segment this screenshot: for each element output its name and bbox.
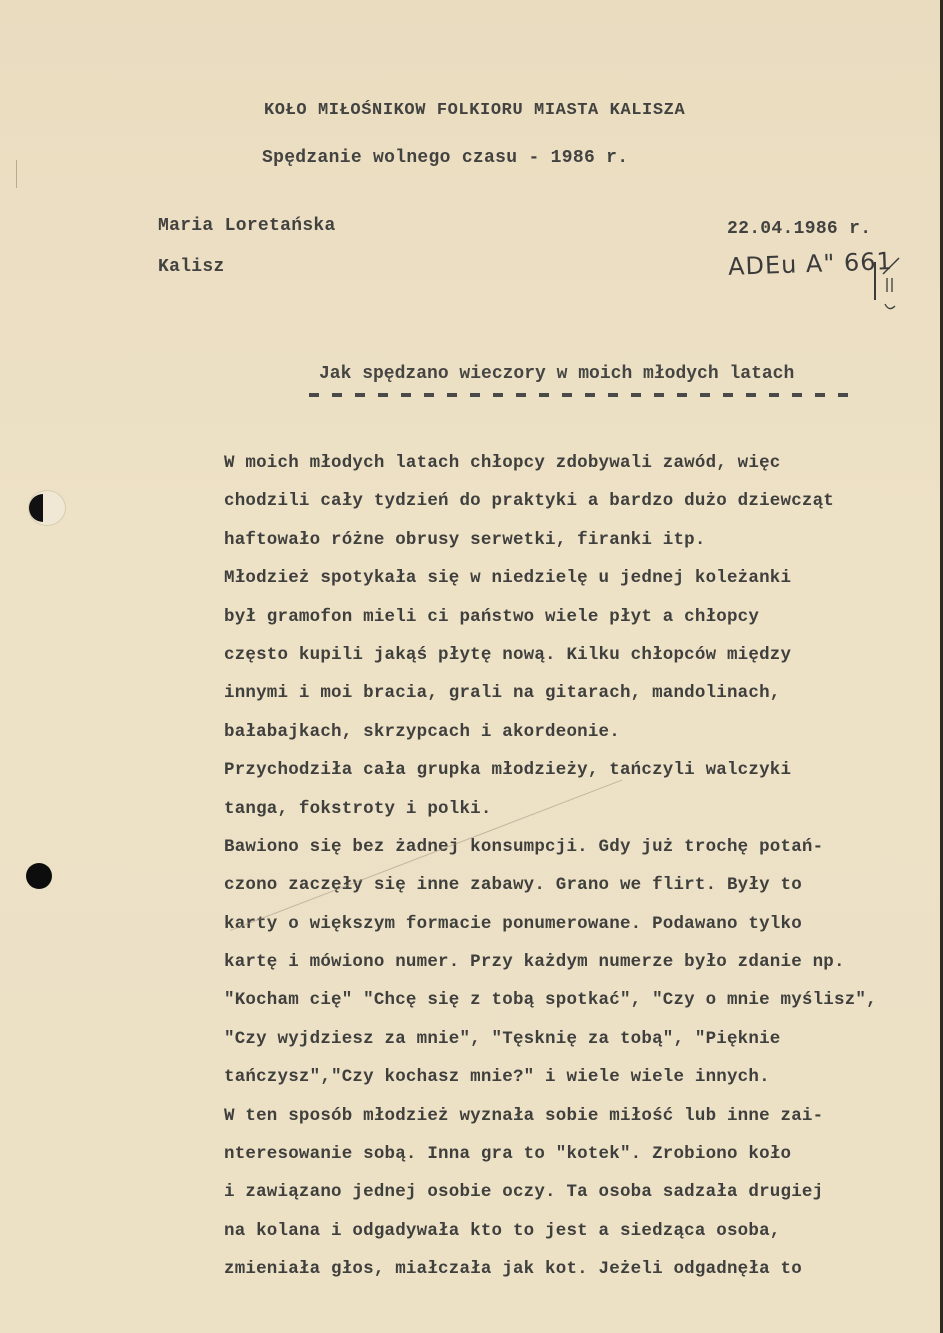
punch-hole-icon bbox=[28, 490, 66, 526]
text-line: haftowało różne obrusy serwetki, firanki… bbox=[224, 526, 877, 564]
text-line: kartę i mówiono numer. Przy każdym numer… bbox=[224, 948, 877, 986]
text-line: na kolana i odgadywała kto to jest a sie… bbox=[224, 1217, 877, 1255]
document-subtitle: Spędzanie wolnego czasu - 1986 r. bbox=[262, 148, 628, 168]
text-line: W ten sposób młodzież wyznała sobie miło… bbox=[224, 1102, 877, 1140]
text-line: bałabajkach, skrzypcach i akordeonie. bbox=[224, 718, 877, 756]
text-line: "Kocham cię" "Chcę się z tobą spotkać", … bbox=[224, 986, 877, 1024]
title-dashed-underline bbox=[309, 393, 857, 397]
text-line: W moich młodych latach chłopcy zdobywali… bbox=[224, 449, 877, 487]
essay-title: Jak spędzano wieczory w moich młodych la… bbox=[319, 364, 794, 384]
text-line: Młodzież spotykała się w niedzielę u jed… bbox=[224, 564, 877, 602]
text-line: karty o większym formacie ponumerowane. … bbox=[224, 910, 877, 948]
author-city: Kalisz bbox=[158, 257, 225, 277]
archive-signature-fraction-icon bbox=[873, 252, 903, 312]
text-line: tańczysz","Czy kochasz mnie?" i wiele wi… bbox=[224, 1063, 877, 1101]
text-line: tanga, fokstroty i polki. bbox=[224, 795, 877, 833]
document-date: 22.04.1986 r. bbox=[727, 219, 871, 239]
paper-mark bbox=[16, 160, 17, 188]
text-line: i zawiązano jednej osobie oczy. Ta osoba… bbox=[224, 1178, 877, 1216]
organization-title: KOŁO MIŁOŚNIKOW FOLKIORU MIASTA KALISZA bbox=[264, 101, 685, 120]
text-line: "Czy wyjdziesz za mnie", "Tęsknię za tob… bbox=[224, 1025, 877, 1063]
text-line: nteresowanie sobą. Inna gra to "kotek". … bbox=[224, 1140, 877, 1178]
text-line: był gramofon mieli ci państwo wiele płyt… bbox=[224, 603, 877, 641]
text-line: czono zaczęły się inne zabawy. Grano we … bbox=[224, 871, 877, 909]
text-line: Bawiono się bez żadnej konsumpcji. Gdy j… bbox=[224, 833, 877, 871]
body-text: W moich młodych latach chłopcy zdobywali… bbox=[224, 449, 877, 1294]
text-line: zmieniała głos, miałczała jak kot. Jeżel… bbox=[224, 1255, 877, 1293]
text-line: innymi i moi bracia, grali na gitarach, … bbox=[224, 679, 877, 717]
text-line: chodzili cały tydzień do praktyki a bard… bbox=[224, 487, 877, 525]
text-line: często kupili jakąś płytę nową. Kilku ch… bbox=[224, 641, 877, 679]
text-line: Przychodziła cała grupka młodzieży, tańc… bbox=[224, 756, 877, 794]
punch-hole-icon bbox=[26, 863, 52, 889]
author-name: Maria Loretańska bbox=[158, 216, 336, 236]
document-page: KOŁO MIŁOŚNIKOW FOLKIORU MIASTA KALISZA … bbox=[0, 0, 943, 1333]
archive-signature: ADEu A" 661 bbox=[728, 247, 894, 281]
